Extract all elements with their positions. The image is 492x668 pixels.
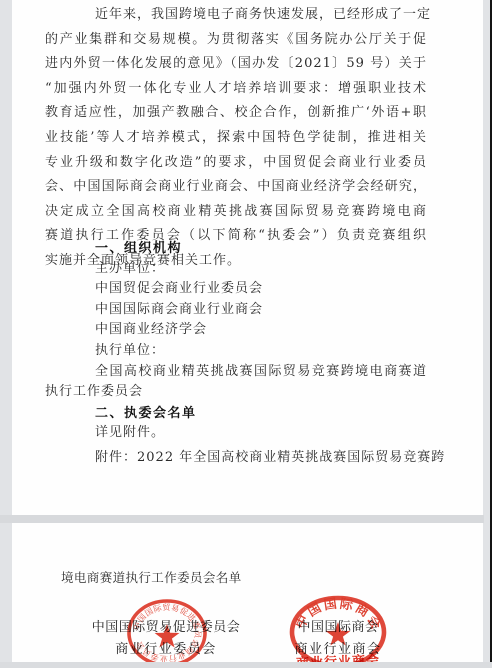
host-unit: 中国商业经济学会	[45, 320, 427, 341]
paragraph-line: 会、中国国际商会商业行业商会、中国商业经济学会经研究，	[45, 175, 427, 200]
paragraph-line: 的产业集群和交易规模。为贯彻落实《国务院办公厅关于促	[45, 28, 427, 53]
paragraph-line: 教育适应性，加强产教融合、校企合作，创新推广‘外语+职	[45, 101, 427, 126]
opening-paragraph: 近年来，我国跨境电子商务快速发展，已经形成了一定 的产业集群和交易规模。为贯彻落…	[45, 3, 427, 274]
paragraph-line: 专业升级和数字化改造”的要求，中国贸促会商业行业委员	[45, 151, 427, 176]
document-page-1[interactable]: 近年来，我国跨境电子商务快速发展，已经形成了一定 的产业集群和交易规模。为贯彻落…	[12, 0, 483, 515]
see-attachment-note: 详见附件。	[45, 423, 427, 444]
paragraph-line: 近年来，我国跨境电子商务快速发展，已经形成了一定	[45, 3, 427, 28]
right-seal-star-icon	[326, 622, 351, 646]
exec-unit-line: 执行工作委员会	[45, 382, 427, 403]
exec-units-label: 执行单位：	[45, 341, 427, 362]
host-unit: 中国贸促会商业行业委员会	[45, 279, 427, 300]
paragraph-line: 业技能’等人才培养模式，探索中国特色学徒制，推进相关	[45, 126, 427, 151]
document-viewer: { "page1": { "paragraph_lines": [ "近年来，我…	[0, 0, 492, 668]
document-sections: 一、组织机构 主办单位： 中国贸促会商业行业委员会 中国国际商会商业行业商会 中…	[45, 238, 427, 469]
paragraph-line: 进内外贸一体化发展的意见》（国办发〔2021〕59 号）关于	[45, 52, 427, 77]
section-heading-1: 一、组织机构	[45, 238, 427, 259]
page-gap	[0, 515, 492, 523]
attachment-title-continuation: 境电商赛道执行工作委员会名单	[61, 570, 321, 586]
left-seal-star-icon	[155, 624, 180, 648]
attachment-line: 附件：2022 年全国高校商业精英挑战赛国际贸易竞赛跨	[45, 448, 427, 469]
paragraph-line: “加强内外贸一体化专业人才培养培训要求：增强职业技术	[45, 77, 427, 102]
left-official-seal-icon: 中国国际贸易促进委员会商业行业委员会	[107, 597, 227, 668]
viewport-bottom-edge	[0, 662, 492, 668]
document-page-2[interactable]	[12, 523, 483, 668]
exec-unit-line: 全国高校商业精英挑战赛国际贸易竞赛跨境电商赛道	[45, 362, 427, 383]
section-heading-2: 二、执委会名单	[45, 403, 427, 424]
paragraph-line: 决定成立全国高校商业精英挑战赛国际贸易竞赛跨境电商	[45, 200, 427, 225]
host-units-label: 主办单位：	[45, 259, 427, 280]
host-unit: 中国国际商会商业行业商会	[45, 300, 427, 321]
